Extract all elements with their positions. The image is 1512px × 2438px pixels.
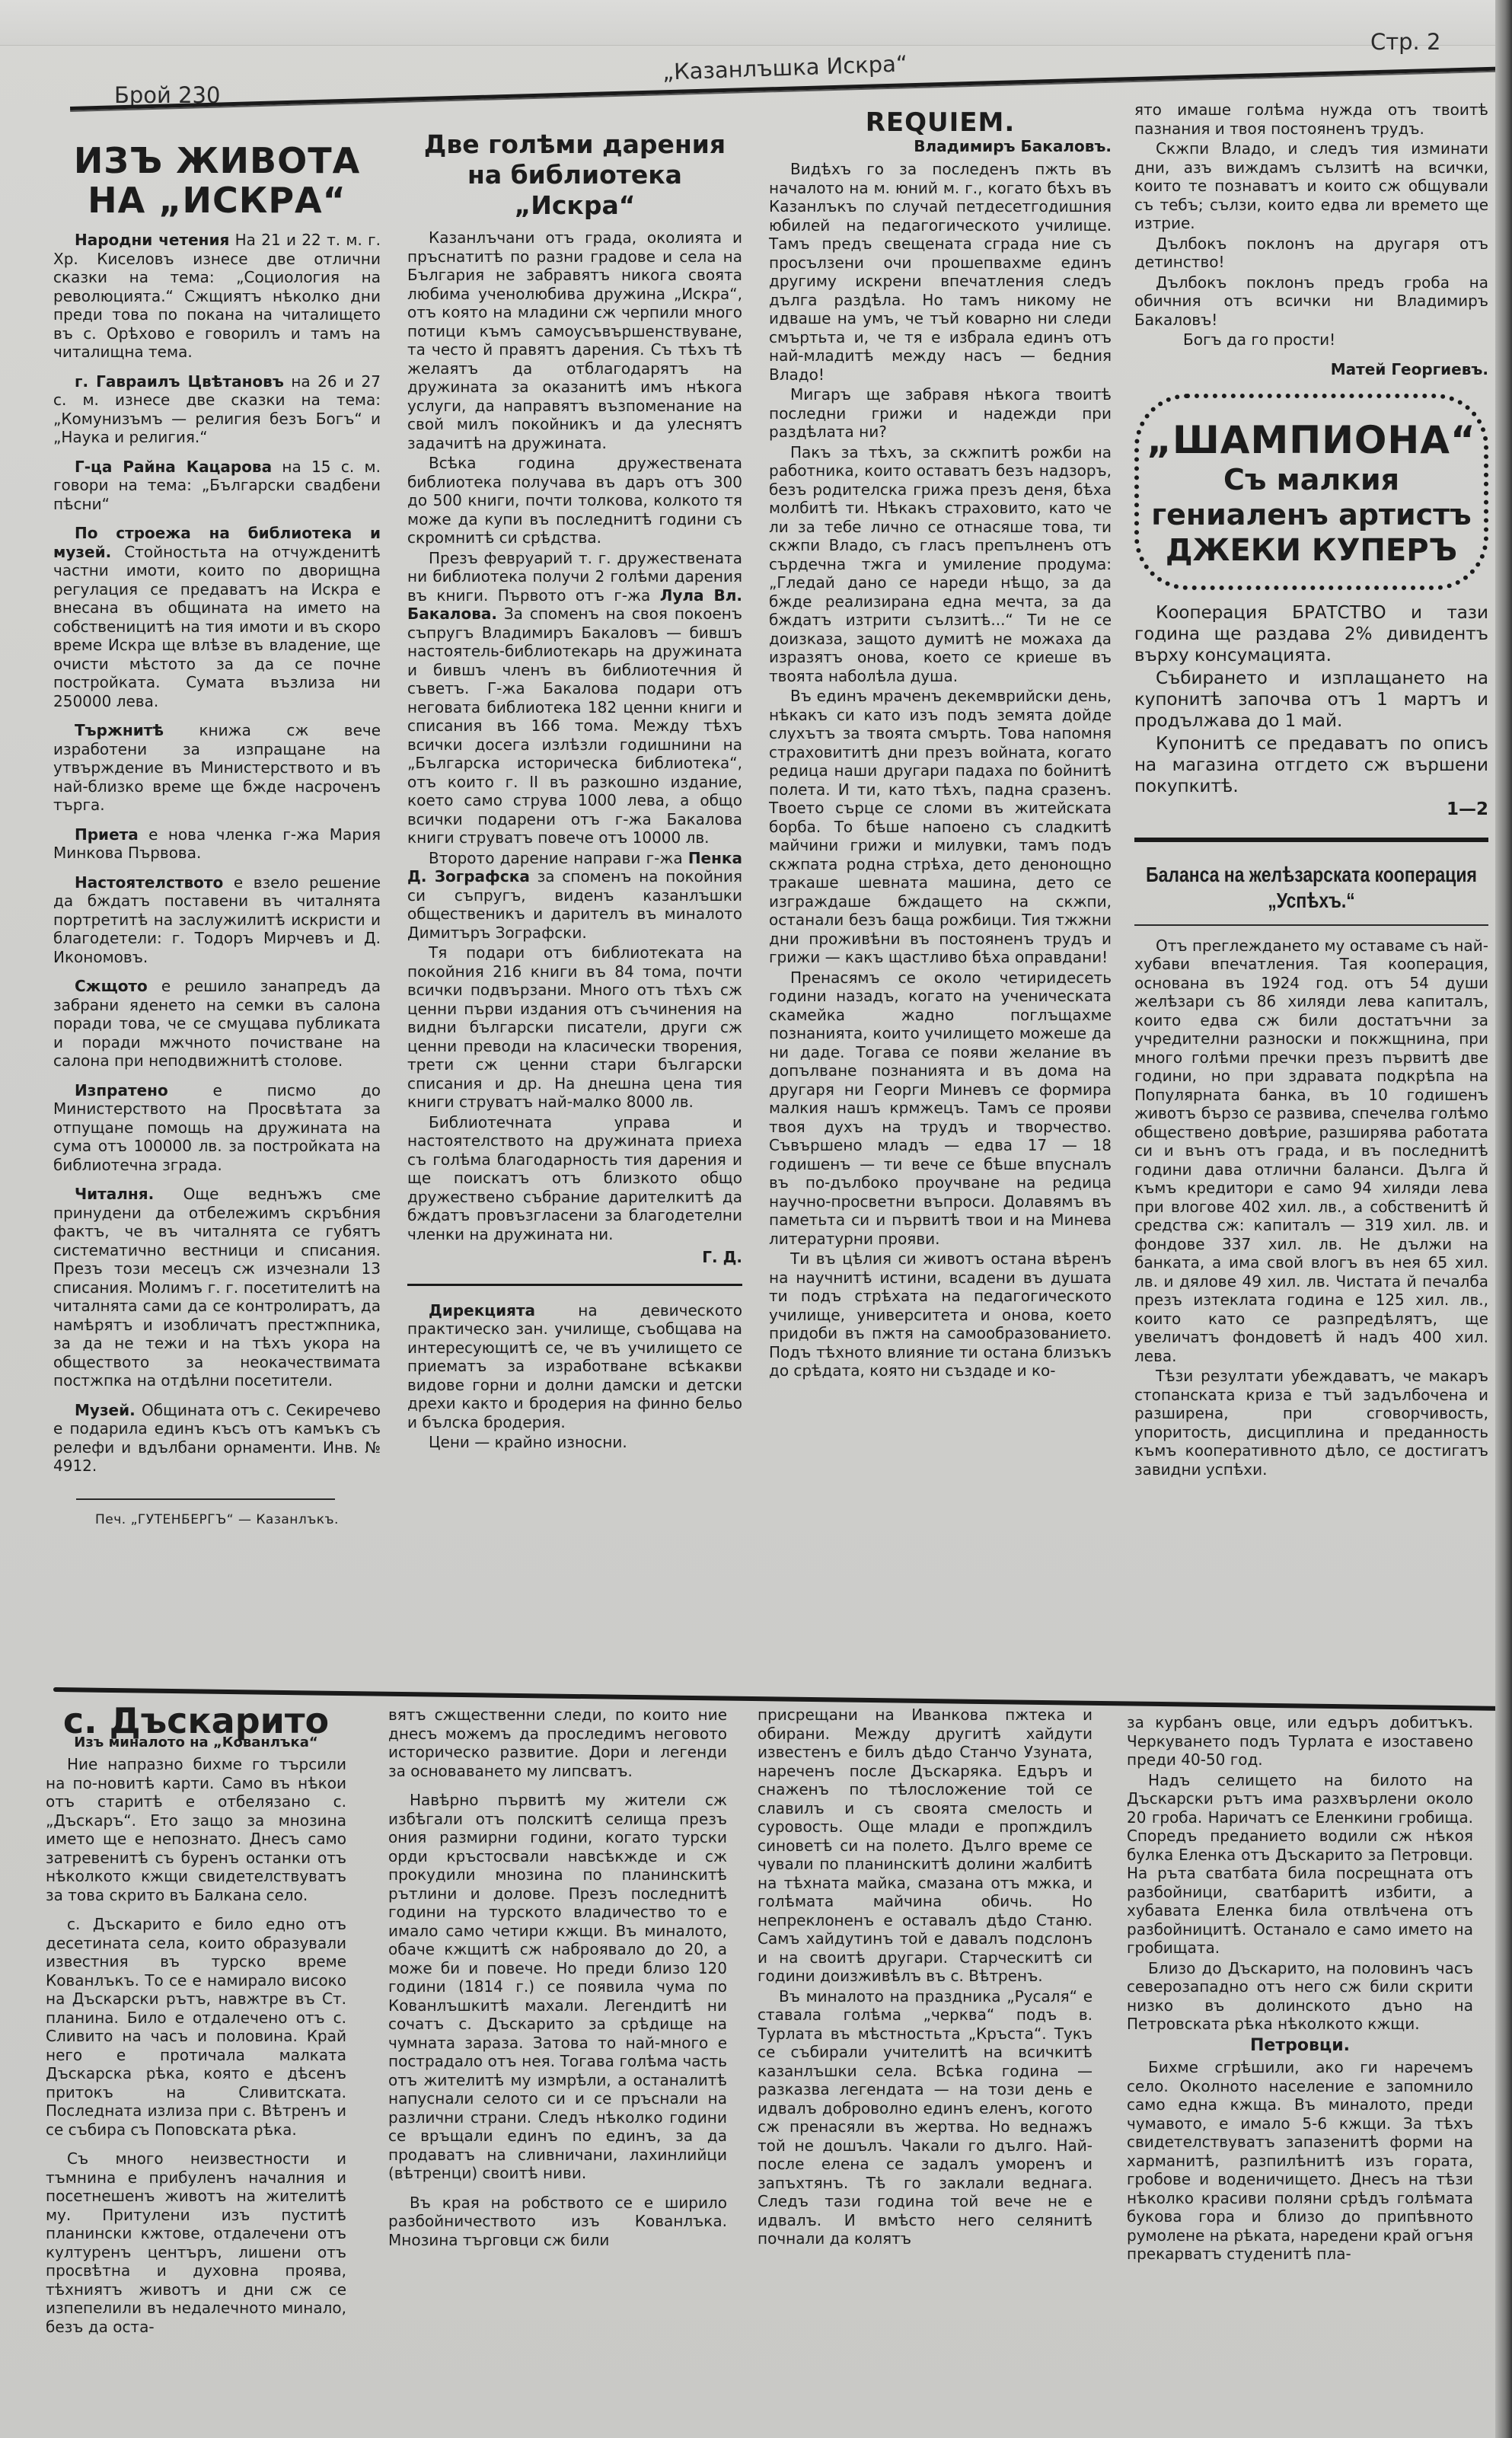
divider [1134,924,1488,926]
paragraph: Ние напразно бихме го търсили на по-нови… [46,1755,346,1904]
item-lead: Народни четения [75,231,229,249]
paragraph: Дълбокъ поклонъ предъ гроба на обичния о… [1134,273,1488,330]
printer-credit: Печ. „ГУТЕНБЕРГЪ“ — Казанлъкъ. [53,1511,381,1530]
newspaper-page: Брой 230 „Казанлъшка Искра“ Стр. 2 ИЗЪ Ж… [0,0,1512,2438]
paragraph: Тѣзи резултати убеждаватъ, че макаръ сто… [1134,1367,1488,1479]
column-requiem: REQUIEM. Владимиръ Бакаловъ. Видѣхъ го з… [769,110,1112,1382]
divider [76,1498,335,1500]
column-village-1: с. Дъскарито Изъ миналото на „Кованлъка“… [46,1706,346,2337]
item-lead: Настоятелството [75,873,223,892]
paragraph: Скжпи Владо, и следъ тия изминати дни, а… [1134,139,1488,233]
paragraph: Навѣрно първитѣ му жители сж избѣгали от… [388,1791,727,2183]
notice-text: на девическото практическо зан. училище,… [407,1301,742,1431]
paragraph: Надъ селището на билото на Дъскарски рът… [1127,1771,1473,1958]
paragraph: вятъ сжщественни следи, по които ние дне… [388,1706,727,1780]
paragraph: Библиотечната управа и настоятелството н… [407,1113,742,1244]
item-lead: Изпратено [75,1081,168,1099]
paragraph: Въ единъ мраченъ декемврийски день, нѣка… [769,687,1112,967]
item-text: Още веднъжъ сме принудени да отбележимъ … [53,1185,381,1390]
paragraph: Пакъ за тѣхъ, за скжпитѣ рожби на работн… [769,443,1112,686]
paragraph: Въ миналото на праздника „Русаля“ е став… [758,1987,1093,2248]
paragraph: Видѣхъ го за последенъ пжть въ началото … [769,160,1112,384]
paragraph: с. Дъскарито е било едно отъ десетината … [46,1915,346,2139]
newspaper-title: „Казанлъшка Искра“ [662,50,908,85]
paragraph: Дълбокъ поклонъ на другаря отъ детинство… [1134,235,1488,272]
column-donations: Две голѣми дарения на библиотека „Искра“… [407,129,742,1454]
paragraph: Казанлъчани отъ града, околията и пръсна… [407,228,742,452]
paragraph: Второто дарение направи г-жа [429,849,683,867]
paragraph: За споменъ на своя покоенъ съпругъ Влади… [407,605,742,847]
signature: Матей Георгиевъ. [1134,360,1488,379]
item-lead: Музей. [75,1401,136,1419]
article-heading: с. Дъскарито [46,1712,346,1731]
article-subheading: Изъ миналото на „Кованлъка“ [46,1734,346,1753]
section-heading: Петровци. [1127,2037,1473,2056]
paragraph: Купонитѣ се предаватъ по описъ на магази… [1134,733,1488,797]
byline: Владимиръ Бакаловъ. [769,137,1112,156]
item-lead: Тържнитѣ [75,721,164,739]
paragraph: Мигаръ ще забравя нѣкога твоитѣ последни… [769,385,1112,442]
paragraph: Събирането и изплащането на купонитѣ зап… [1134,668,1488,732]
ad-star: ДЖЕКИ КУПЕРЪ [1147,532,1476,569]
item-lead: Читалня. [75,1185,154,1203]
paragraph: Тя подари отъ библиотеката на покойния 2… [407,943,742,1112]
notice-lead: Дирекцията [429,1301,535,1320]
column-village-3: присрещани на Иванкова пжтека и обирани.… [758,1706,1093,2250]
page-number: Стр. 2 [1370,29,1440,55]
cinema-advertisement: „ШАМПИОНА“ Съ малкия гениаленъ артистъ Д… [1134,394,1488,590]
paragraph: Богъ да го прости! [1134,330,1488,349]
ad-run-number: 1—2 [1134,800,1488,819]
ad-title: „ШАМПИОНА“ [1147,418,1476,462]
paragraph: за курбанъ овце, или едъръ добитъкъ. Чер… [1127,1713,1473,1769]
column-village-2: вятъ сжщественни следи, по които ние дне… [388,1706,727,2251]
article-heading: Две голѣми дарения на библиотека „Искра“ [407,129,742,221]
ad-line: гениаленъ артистъ [1147,497,1476,532]
signature: Г. Д. [407,1248,742,1267]
divider [407,1284,742,1286]
item-text: На 21 и 22 т. м. г. Хр. Киселовъ изнесе … [53,231,381,361]
item-text: Стойностьта на отчужденитѣ частни имоти,… [53,543,381,710]
ad-line: Съ малкия [1147,462,1476,497]
paragraph: ято имаше голѣма нужда отъ твоитѣ пазнан… [1134,101,1488,138]
column-village-4: за курбанъ овце, или едъръ добитъкъ. Чер… [1127,1713,1473,2265]
notice-prices: Цени — крайно износни. [407,1433,742,1452]
paragraph: Съ много неизвестности и тъмнина е прибу… [46,2149,346,2336]
column-iskra-news: ИЗЪ ЖИВОТА НА „ИСКРА“ Народни четения На… [53,141,381,1529]
divider [1134,838,1488,842]
paragraph: Всѣка година дружествената библиотека по… [407,454,742,547]
paragraph: присрещани на Иванкова пжтека и обирани.… [758,1706,1093,1986]
paragraph: Отъ преглеждането му оставаме съ най-хуб… [1134,937,1488,1366]
column-right: ято имаше голѣма нужда отъ твоитѣ пазнан… [1134,101,1488,1480]
paragraph: Пренасямъ се около четиридесеть години н… [769,968,1112,1249]
paragraph: Ти въ цѣлия си животъ остана вѣренъ на н… [769,1249,1112,1380]
paragraph: Въ края на робството се е ширило разбойн… [388,2194,727,2250]
article-heading: ИЗЪ ЖИВОТА НА „ИСКРА“ [53,141,381,220]
item-lead: г. Гавраилъ Цвѣтановъ [75,372,284,391]
item-lead: Приета [75,825,139,844]
paragraph: Близо до Дъскарито, на половинъ часъ сев… [1127,1959,1473,2034]
article-heading: REQUIEM. [769,113,1112,132]
item-lead: Сжщото [75,977,148,995]
article-heading: Баланса на желѣзарската кооперация „Успѣ… [1141,862,1482,914]
paragraph: Бихме сгрѣшили, ако ги наречемъ село. Ок… [1127,2058,1473,2264]
cooperative-notice: Кооперация БРАТСТВО и тази година ще раз… [1134,602,1488,819]
paragraph: Кооперация БРАТСТВО и тази година ще раз… [1134,602,1488,666]
item-lead: Г-ца Райна Кацарова [75,458,272,476]
page-edge-shadow [1495,0,1512,2438]
